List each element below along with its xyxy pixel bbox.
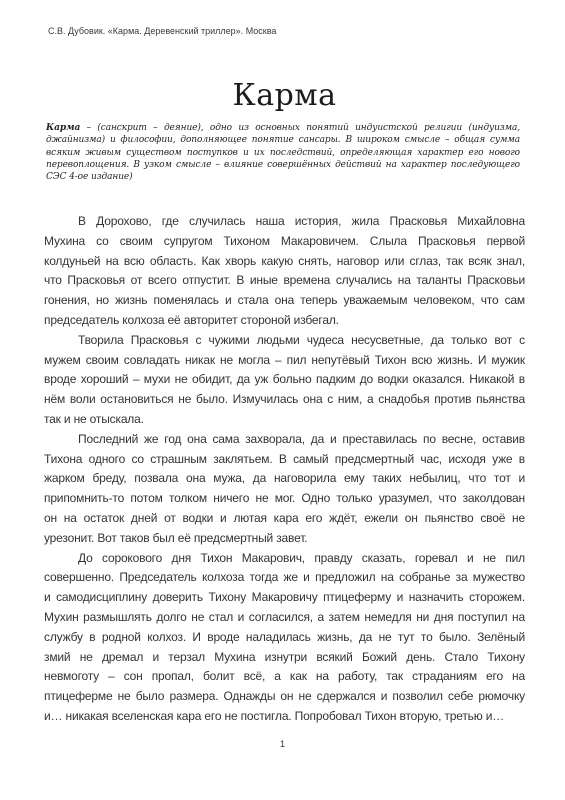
text-line: Тихона одного со страшным заклятьем. В с… bbox=[44, 450, 525, 470]
document-page: С.В. Дубовик. «Карма. Деревенский трилле… bbox=[0, 0, 565, 800]
text-line: Мухина со своим супругом Тихоном Макаров… bbox=[44, 232, 525, 252]
page-number: 1 bbox=[0, 739, 565, 749]
text-line: так и не отыскала. bbox=[44, 410, 525, 430]
text-line: гонения, но жизнь поменялась и стала она… bbox=[44, 291, 525, 311]
text-line: жарком бреду, позвала она мужа, да нагов… bbox=[44, 469, 525, 489]
text-line: змий не дремал и терзал Мухина изнутри в… bbox=[44, 648, 525, 668]
text-line: В Дорохово, где случилась наша история, … bbox=[44, 212, 525, 232]
text-line: и самодисциплину доверить Тихону Макаров… bbox=[44, 588, 525, 608]
definition-line: всяким живым существом поступков и их по… bbox=[46, 147, 520, 159]
text-line: Мухин размышлять долго не стал и согласи… bbox=[44, 608, 525, 628]
text-line: председатель колхоза её авторитет сторон… bbox=[44, 311, 525, 331]
text-line: До сорокового дня Тихон Макарович, правд… bbox=[44, 549, 525, 569]
definition-line: джайнизма) и философии, дополняющее поня… bbox=[46, 134, 520, 146]
text-line: колдуньей на всю область. Как хворь каку… bbox=[44, 252, 525, 272]
definition-line: СЭС 4-ое издание) bbox=[46, 171, 520, 183]
text-line: он на остаток дней от водки и лютая кара… bbox=[44, 509, 525, 529]
definition-line: перевоплощения. В узком смысле – влияние… bbox=[46, 159, 520, 171]
text-line: совершенно. Председатель колхоза тогда ж… bbox=[44, 568, 525, 588]
text-line: вроде хороший – мухи не обидит, да уж бо… bbox=[44, 370, 525, 390]
text-line: птицеферме не было размера. Однажды он н… bbox=[44, 687, 525, 707]
text-line: что Прасковья от всего отпустит. В иные … bbox=[44, 271, 525, 291]
text-line: невмоготу – сон пропал, болит всё, а как… bbox=[44, 667, 525, 687]
text-line: нём воли остановиться не было. Измучилас… bbox=[44, 390, 525, 410]
text-line: Творила Прасковья с чужими людьми чудеса… bbox=[44, 331, 525, 351]
text-line: службу в родной колхоз. И вроде наладила… bbox=[44, 628, 525, 648]
body-text: В Дорохово, где случилась наша история, … bbox=[44, 212, 525, 727]
definition-lead-word: Карма bbox=[46, 123, 80, 133]
running-header: С.В. Дубовик. «Карма. Деревенский трилле… bbox=[48, 26, 276, 37]
text-line: Последний же год она сама захворала, да … bbox=[44, 430, 525, 450]
definition-line: Карма – (санскрит – деяние), одно из осн… bbox=[46, 122, 520, 134]
text-line: и… никакая вселенская кара его не постиг… bbox=[44, 707, 525, 727]
definition-paragraph: Карма – (санскрит – деяние), одно из осн… bbox=[46, 122, 520, 183]
page-title: Карма bbox=[44, 78, 525, 114]
text-line: припомнить-то потом толком ничего не мог… bbox=[44, 489, 525, 509]
text-line: урезонит. Вот таков был её предсмертный … bbox=[44, 529, 525, 549]
text-line: мужем своим совладать никак не могла – п… bbox=[44, 351, 525, 371]
